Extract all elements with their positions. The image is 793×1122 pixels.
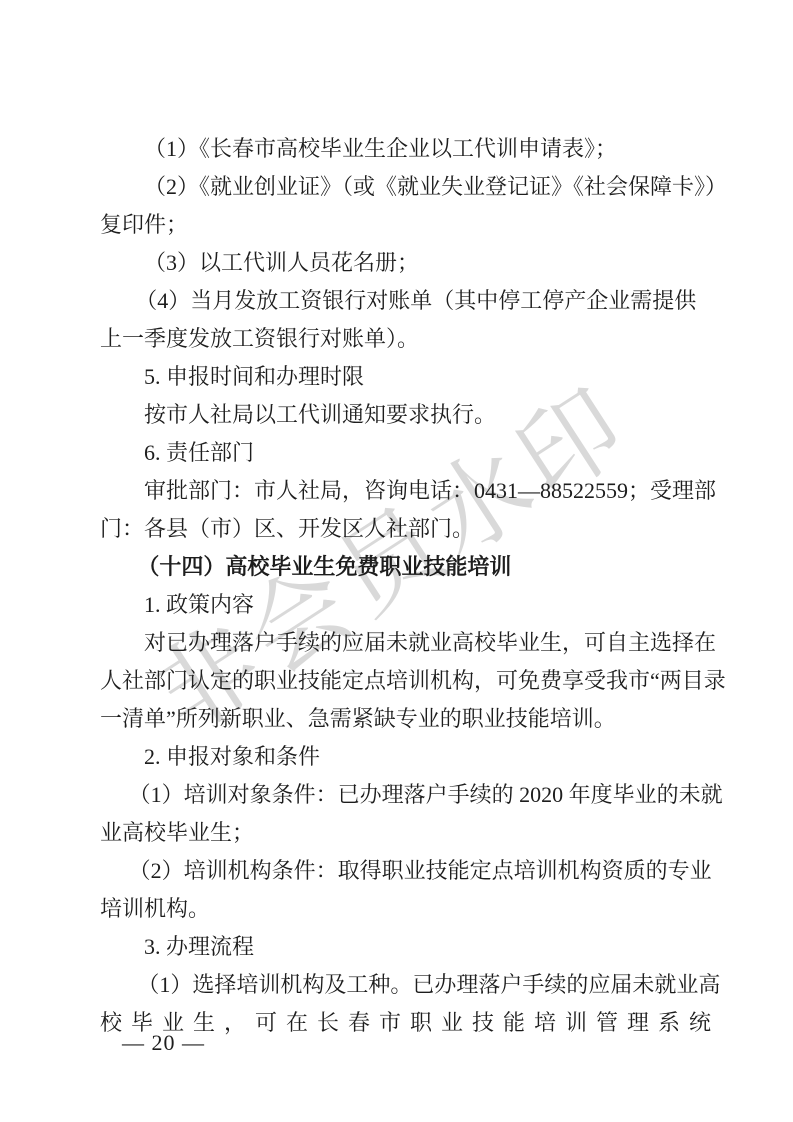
text-line: 复印件； [100, 206, 700, 244]
document-body: （1）《长春市高校毕业生企业以工代训申请表》；（2）《就业创业证》（或《就业失业… [100, 130, 700, 1042]
document-page: 非会员水印 （1）《长春市高校毕业生企业以工代训申请表》；（2）《就业创业证》（… [0, 0, 793, 1122]
text-line: 培训机构。 [100, 890, 700, 928]
text-line: （1）选择培训机构及工种。已办理落户手续的应届未就业高 [100, 966, 700, 1004]
text-line: 对已办理落户手续的应届未就业高校毕业生，可自主选择在 [100, 624, 700, 662]
text-line: （4）当月发放工资银行对账单（其中停工停产企业需提供 [100, 282, 700, 320]
text-line: （2）《就业创业证》（或《就业失业登记证》《社会保障卡》） [100, 168, 700, 206]
text-line: 审批部门：市人社局，咨询电话：0431—88522559；受理部 [100, 472, 700, 510]
text-line: 2. 申报对象和条件 [100, 738, 700, 776]
text-line: 业高校毕业生； [100, 814, 700, 852]
text-line: 6. 责任部门 [100, 434, 700, 472]
text-line: （十四）高校毕业生免费职业技能培训 [100, 548, 700, 586]
text-line: 人社部门认定的职业技能定点培训机构，可免费享受我市“两目录 [100, 662, 700, 700]
text-line: 按市人社局以工代训通知要求执行。 [100, 396, 700, 434]
text-line: 1. 政策内容 [100, 586, 700, 624]
text-line: （1）培训对象条件：已办理落户手续的 2020 年度毕业的未就 [100, 776, 700, 814]
text-line: （1）《长春市高校毕业生企业以工代训申请表》； [100, 130, 700, 168]
text-line: （2）培训机构条件：取得职业技能定点培训机构资质的专业 [100, 852, 700, 890]
text-line: 3. 办理流程 [100, 928, 700, 966]
text-line: （3）以工代训人员花名册； [100, 244, 700, 282]
text-line: 一清单”所列新职业、急需紧缺专业的职业技能培训。 [100, 700, 700, 738]
page-number: — 20 — [122, 1028, 205, 1058]
text-line: 门：各县（市）区、开发区人社部门。 [100, 510, 700, 548]
text-line: 上一季度发放工资银行对账单）。 [100, 320, 700, 358]
text-line: 5. 申报时间和办理时限 [100, 358, 700, 396]
